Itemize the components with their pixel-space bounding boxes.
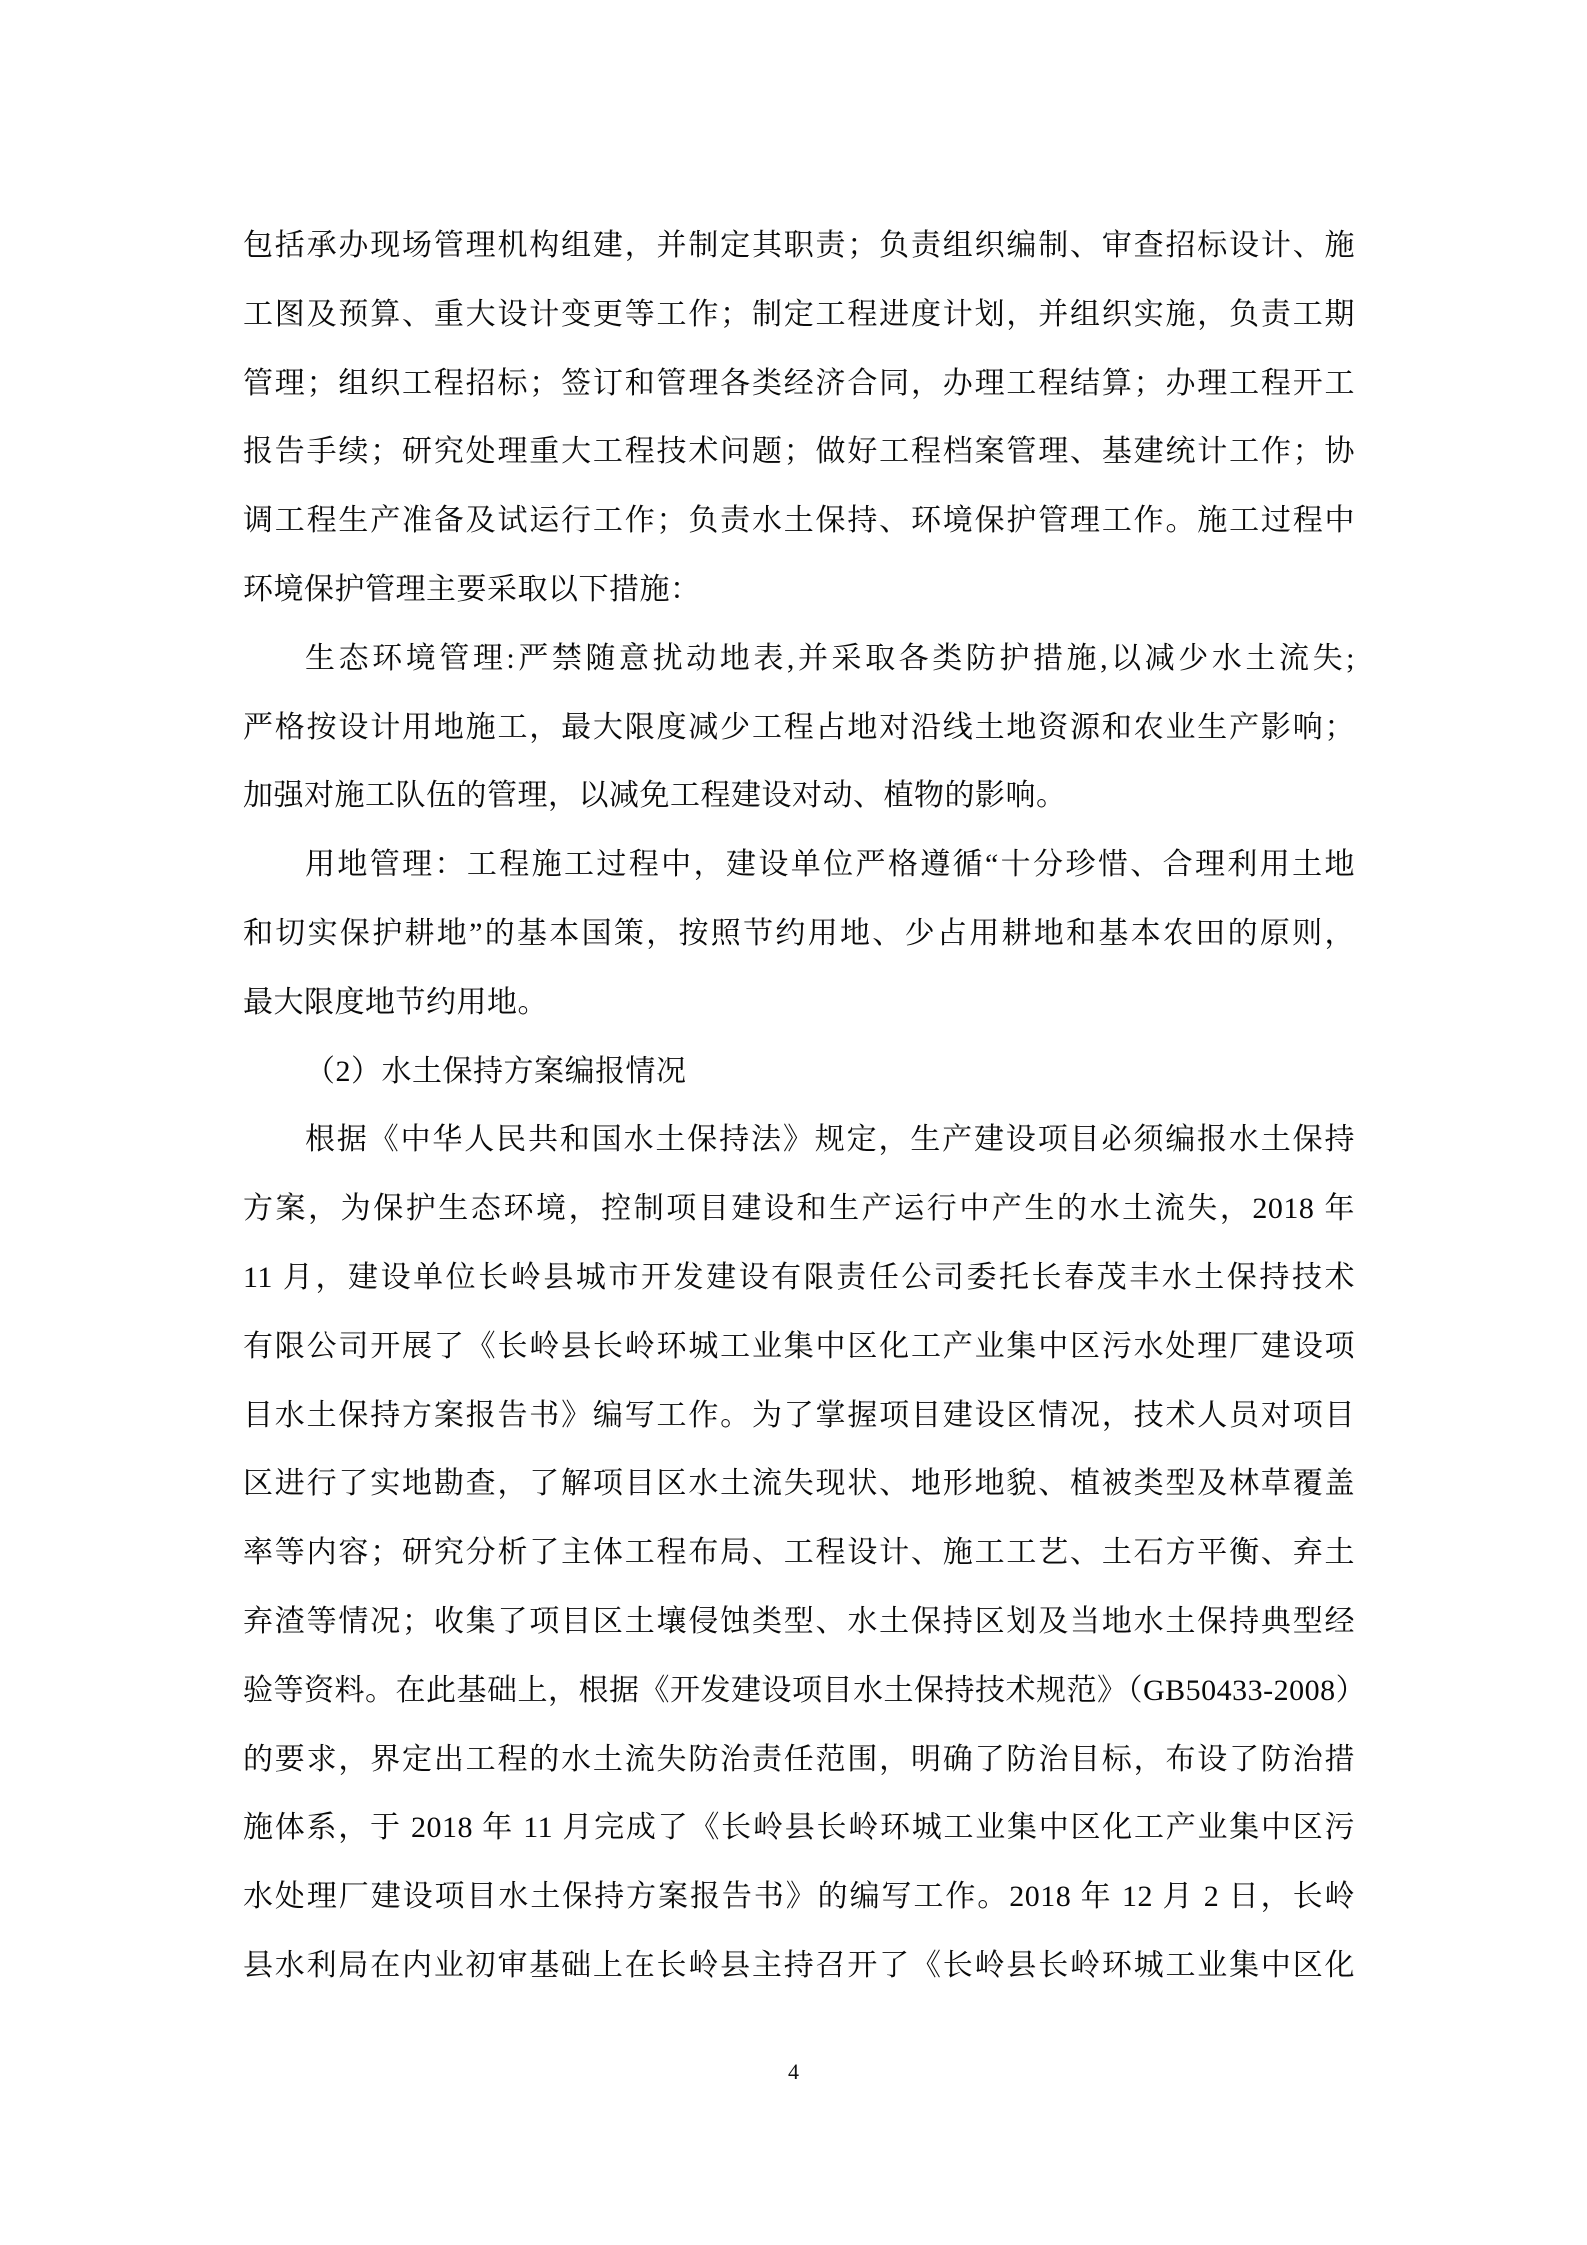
text-line: 弃渣等情况；收集了项目区土壤侵蚀类型、水土保持区划及当地水土保持典型经: [243, 1588, 1355, 1657]
document-body-text: 包括承办现场管理机构组建，并制定其职责；负责组织编制、审查招标设计、施工图及预算…: [243, 212, 1355, 2001]
text-line: 报告手续；研究处理重大工程技术问题；做好工程档案管理、基建统计工作；协: [243, 418, 1355, 487]
text-line: 根据《中华人民共和国水土保持法》规定，生产建设项目必须编报水土保持: [243, 1106, 1355, 1175]
page-number: 4: [0, 2049, 1587, 2095]
text-line: （2）水土保持方案编报情况: [243, 1038, 1355, 1107]
text-line: 工图及预算、重大设计变更等工作；制定工程进度计划，并组织实施，负责工期: [243, 281, 1355, 350]
text-line: 最大限度地节约用地。: [243, 969, 1355, 1038]
text-line: 11 月，建设单位长岭县城市开发建设有限责任公司委托长春茂丰水土保持技术: [243, 1244, 1355, 1313]
text-line: 施体系，于 2018 年 11 月完成了《长岭县长岭环城工业集中区化工产业集中区…: [243, 1794, 1355, 1863]
document-page: 包括承办现场管理机构组建，并制定其职责；负责组织编制、审查招标设计、施工图及预算…: [0, 0, 1587, 2245]
text-line: 包括承办现场管理机构组建，并制定其职责；负责组织编制、审查招标设计、施: [243, 212, 1355, 281]
text-line: 有限公司开展了《长岭县长岭环城工业集中区化工产业集中区污水处理厂建设项: [243, 1313, 1355, 1382]
text-line: 验等资料。在此基础上，根据《开发建设项目水土保持技术规范》（GB50433-20…: [243, 1657, 1355, 1726]
text-line: 水处理厂建设项目水土保持方案报告书》的编写工作。2018 年 12 月 2 日，…: [243, 1863, 1355, 1932]
text-line: 的要求，界定出工程的水土流失防治责任范围，明确了防治目标，布设了防治措: [243, 1726, 1355, 1795]
text-line: 目水土保持方案报告书》编写工作。为了掌握项目建设区情况，技术人员对项目: [243, 1382, 1355, 1451]
text-line: 严格按设计用地施工，最大限度减少工程占地对沿线土地资源和农业生产影响；: [243, 694, 1355, 763]
text-line: 和切实保护耕地”的基本国策，按照节约用地、少占用耕地和基本农田的原则，: [243, 900, 1355, 969]
text-line: 率等内容；研究分析了主体工程布局、工程设计、施工工艺、土石方平衡、弃土: [243, 1519, 1355, 1588]
text-line: 方案，为保护生态环境，控制项目建设和生产运行中产生的水土流失，2018 年: [243, 1175, 1355, 1244]
text-line: 调工程生产准备及试运行工作；负责水土保持、环境保护管理工作。施工过程中: [243, 487, 1355, 556]
text-line: 区进行了实地勘查，了解项目区水土流失现状、地形地貌、植被类型及林草覆盖: [243, 1450, 1355, 1519]
text-line: 县水利局在内业初审基础上在长岭县主持召开了《长岭县长岭环城工业集中区化: [243, 1932, 1355, 2001]
text-line: 用地管理：工程施工过程中，建设单位严格遵循“十分珍惜、合理利用土地: [243, 831, 1355, 900]
text-line: 管理；组织工程招标；签订和管理各类经济合同，办理工程结算；办理工程开工: [243, 350, 1355, 419]
text-line: 生态环境管理:严禁随意扰动地表,并采取各类防护措施,以减少水土流失;: [243, 625, 1355, 694]
text-line: 加强对施工队伍的管理，以减免工程建设对动、植物的影响。: [243, 762, 1355, 831]
text-line: 环境保护管理主要采取以下措施：: [243, 556, 1355, 625]
